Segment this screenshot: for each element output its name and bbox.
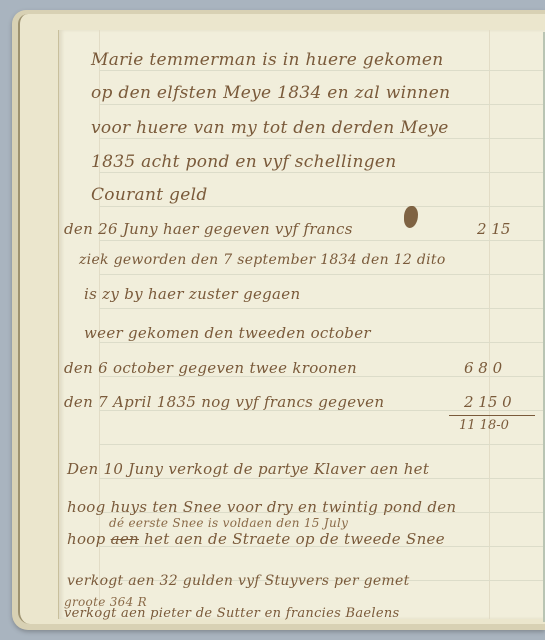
ruled-line <box>99 206 545 207</box>
ruled-line <box>99 138 545 139</box>
entry3-line1: Den 10 Juny verkogt de partye Klaver aen… <box>67 460 429 478</box>
entry1-line5: Courant geld <box>91 185 208 205</box>
entry2-line4: weer gekomen den tweeden october <box>84 324 371 342</box>
entry2-total: 11 18-0 <box>459 418 509 433</box>
page-stack: Marie temmerman is in huere gekomen op d… <box>18 14 545 624</box>
ruled-line <box>99 104 545 105</box>
entry3-line2: hoog huys ten Snee voor dry en twintig p… <box>67 498 456 516</box>
entry1-line1: Marie temmerman is in huere gekomen <box>91 50 444 70</box>
ruled-line <box>99 172 545 173</box>
entry3-line3-post: het aen de Straete op de tweede Snee <box>144 530 445 548</box>
entry3-line6: verkogt aen pieter de Sutter en francies… <box>64 606 400 621</box>
entry3-line3-struck: aen <box>111 530 139 548</box>
entry3-interlinear-note: dé eerste Snee is voldaen den 15 July <box>109 516 348 530</box>
entry2-line3: is zy by haer zuster gegaen <box>84 285 300 303</box>
entry2-line6-amount: 2 15 0 <box>464 393 512 411</box>
sum-rule <box>449 415 535 416</box>
ruled-line <box>99 274 545 275</box>
ruled-line <box>99 70 545 71</box>
ruled-line <box>99 342 545 343</box>
entry1-line2: op den elfsten Meye 1834 en zal winnen <box>91 83 450 103</box>
ruled-line <box>99 240 545 241</box>
ruled-line <box>99 308 545 309</box>
entry3-line4: verkogt aen 32 gulden vyf Stuyvers per g… <box>67 573 410 589</box>
entry2-line5: den 6 october gegeven twee kroonen <box>64 359 357 377</box>
entry2-line1: den 26 Juny haer gegeven vyf francs <box>64 220 353 238</box>
ledger-page: Marie temmerman is in huere gekomen op d… <box>58 30 545 619</box>
entry3-line3: hoop aen het aen de Straete op de tweede… <box>67 530 445 548</box>
notebook: Marie temmerman is in huere gekomen op d… <box>12 10 545 630</box>
entry2-line5-amount: 6 8 0 <box>464 359 502 377</box>
entry1-line4: 1835 acht pond en vyf schellingen <box>91 152 396 172</box>
ink-blot <box>404 206 418 228</box>
entry2-line2: ziek geworden den 7 september 1834 den 1… <box>79 252 446 268</box>
entry2-line1-amount: 2 15 <box>477 220 510 238</box>
entry2-line6: den 7 April 1835 nog vyf francs gegeven <box>64 393 384 411</box>
ruled-line <box>99 444 545 445</box>
entry1-line3: voor huere van my tot den derden Meye <box>91 118 449 138</box>
margin-line-right <box>489 30 490 619</box>
ruled-line <box>99 478 545 479</box>
entry3-line3-pre: hoop <box>67 530 106 548</box>
